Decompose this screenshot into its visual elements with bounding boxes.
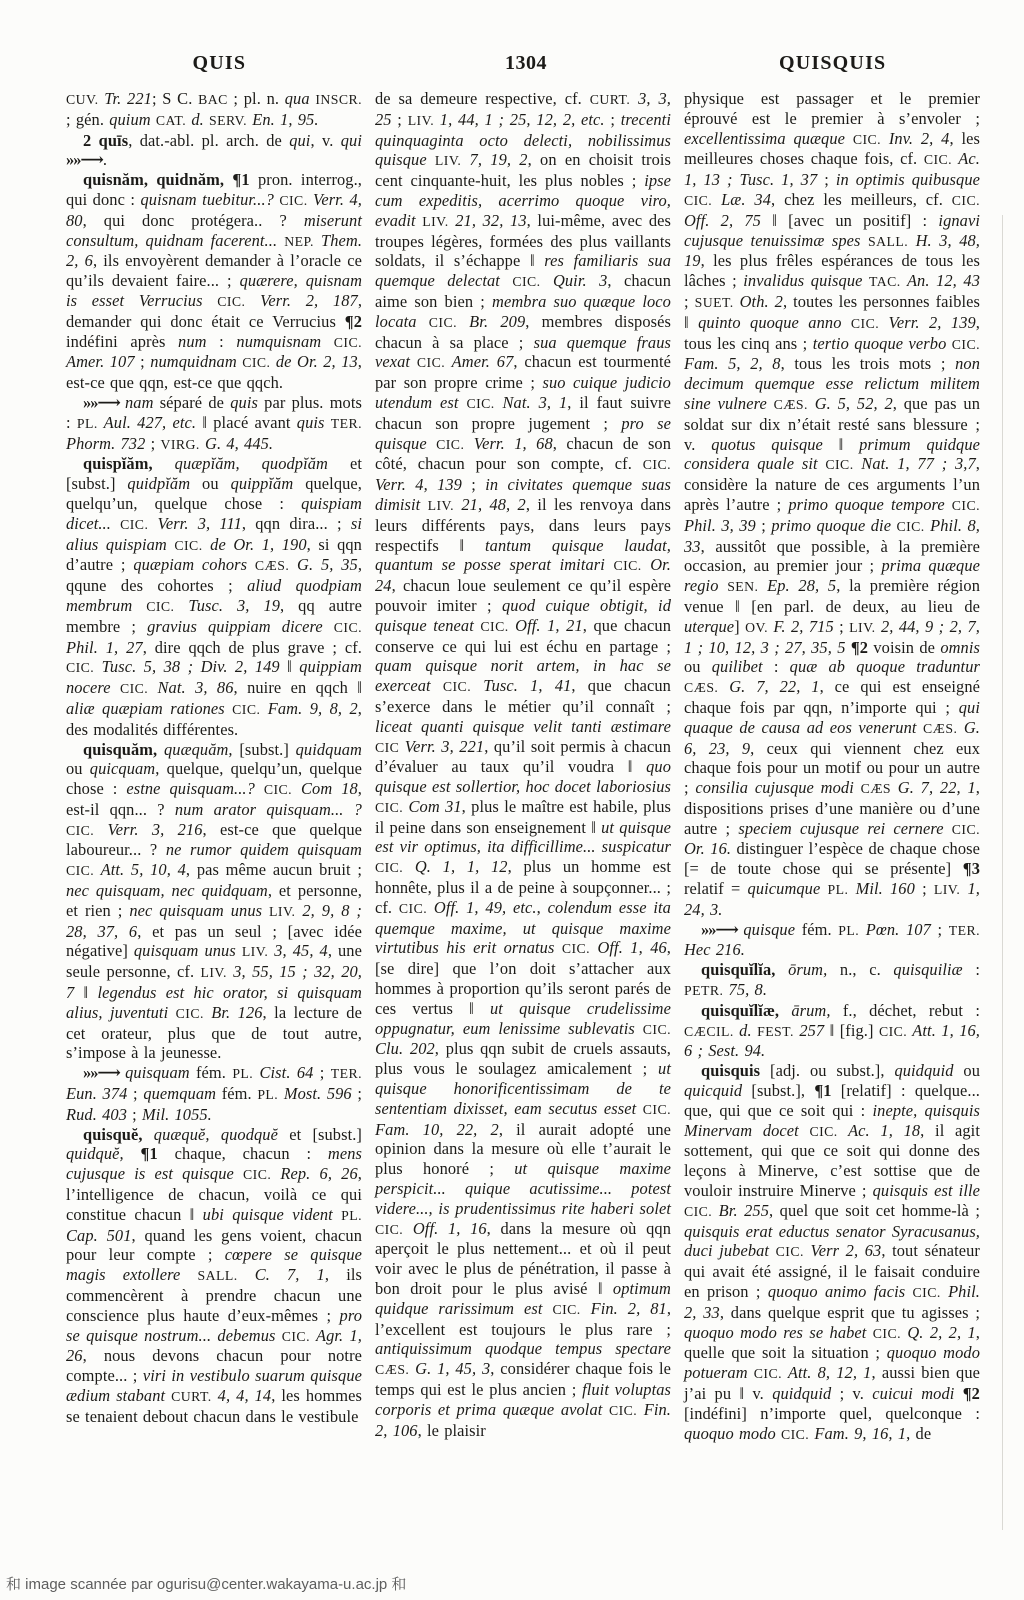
page-header: QUIS 1304 QUISQUIS — [0, 0, 1024, 79]
entry-quisquilia: quisquĭlĭa, ōrum, n., c. quisquiliæ : PE… — [684, 960, 980, 1001]
entry-quisquiliae: quisquĭlĭæ, ārum, f., déchet, rebut : CÆ… — [684, 1001, 980, 1061]
entry-quisnam: quisnăm, quidnăm, ¶1 pron. interrog., qu… — [66, 170, 362, 393]
section-arrow-icon: »»⟶ — [701, 920, 743, 939]
entry-quisque: quisquĕ, quæquĕ, quodquĕ et [subst.] qui… — [66, 1125, 362, 1427]
continuation-quisque: de sa demeure respective, cf. CURT. 3, 3… — [375, 89, 671, 1440]
remark-quisnam: »»⟶ nam séparé de quis par plus. mots : … — [66, 393, 362, 454]
entry-2-quis: 2 quīs, dat.-abl. pl. arch. de qui, v. q… — [66, 131, 362, 171]
entry-quisquis: quisquis [adj. ou subst.], quidquid ou q… — [684, 1061, 980, 1444]
page-edge-line — [1002, 215, 1003, 1530]
text-column-3: physique est passager et le premier épro… — [684, 89, 980, 1444]
running-head-left: QUIS — [66, 52, 373, 75]
section-arrow-icon: »»⟶ — [83, 393, 125, 412]
continuation-quis: CUV. Tr. 221; S C. BAC ; pl. n. qua INSC… — [66, 89, 362, 131]
page-number: 1304 — [373, 52, 680, 75]
scan-credit: 和 image scannée par ogurisu@center.wakay… — [0, 1568, 1024, 1600]
text-column-2: de sa demeure respective, cf. CURT. 3, 3… — [375, 89, 671, 1444]
remark-quisquam: »»⟶ quisquam fém. PL. Cist. 64 ; TER. Eu… — [66, 1063, 362, 1124]
text-columns: CUV. Tr. 221; S C. BAC ; pl. n. qua INSC… — [0, 79, 1024, 1444]
entry-quispiam: quispĭăm, quæpĭăm, quodpĭăm et [subst.] … — [66, 454, 362, 739]
remark-quisque: »»⟶ quisque fém. PL. Pœn. 107 ; TER. Hec… — [684, 920, 980, 961]
running-head-right: QUISQUIS — [679, 52, 986, 75]
section-arrow-icon: »»⟶ — [66, 150, 103, 169]
entry-quisquam: quisquăm, quæquăm, [subst.] quidquam ou … — [66, 740, 362, 1064]
continuation-quisque-2: physique est passager et le premier épro… — [684, 89, 980, 920]
section-arrow-icon: »»⟶ — [83, 1063, 125, 1082]
text-column-1: CUV. Tr. 221; S C. BAC ; pl. n. qua INSC… — [66, 89, 362, 1444]
